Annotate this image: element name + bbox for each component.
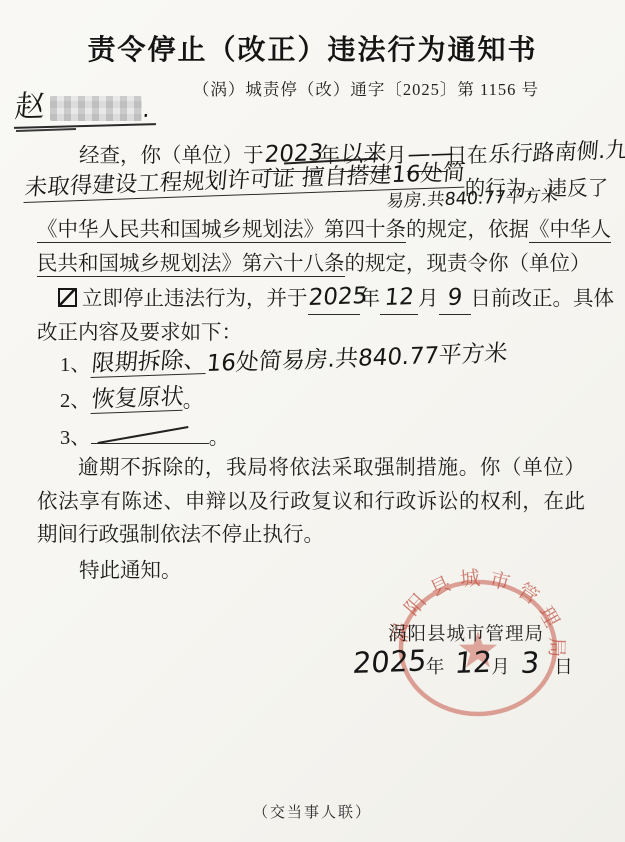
document-number: （涡）城责停（改）通字〔2025〕第 1156 号	[193, 76, 539, 100]
insertion-line: 易房.共840.77平方米	[386, 193, 558, 212]
insertion-handwriting: 易房.共840.77平方米	[386, 187, 559, 211]
addressee-punct: .	[142, 98, 151, 122]
order-printed-2: 日前改正。具体	[471, 288, 615, 310]
document-page: 责令停止（改正）违法行为通知书 （涡）城责停（改）通字〔2025〕第 1156 …	[0, 0, 625, 842]
checked-checkbox-icon	[58, 288, 77, 307]
order-line-2: 改正内容及要求如下：	[37, 318, 242, 348]
item3-period: 。	[209, 427, 230, 449]
intro-line-4: 民共和国城乡规划法》第六十八条的规定，现责令你（单位）	[37, 249, 591, 279]
intro-line-3: 《中华人民共和国城乡规划法》第四十条的规定，依据《中华人	[37, 215, 611, 245]
intro-printed-3: 的规定，依据	[406, 219, 529, 241]
intro-printed-4: 的规定，现责令你（单位）	[345, 253, 591, 275]
addressee-surname: 赵	[13, 91, 46, 124]
item1-handwriting-blank: 限期拆除、	[90, 348, 207, 378]
agency-name: 涡阳县城市管理局	[388, 620, 544, 646]
correct-day-handwriting: 9	[447, 285, 464, 310]
sig-day-handwriting: 3	[519, 647, 540, 678]
sig-year-handwriting: 2025	[351, 645, 427, 678]
law-citation-2a: 《中华人	[529, 219, 611, 243]
correct-year-blank: 2025	[308, 284, 360, 315]
sig-day-label: 日	[554, 658, 573, 678]
intro-printed-1: 经查，你（单位）于	[79, 145, 264, 167]
item2-period: 。	[183, 390, 204, 412]
sig-month-handwriting: 12	[454, 647, 494, 679]
order-printed-1: 立即停止违法行为，并于	[82, 288, 308, 310]
closing-paragraph: 逾期不拆除的，我局将依法采取强制措施。你（单位）依法享有陈述、申辩以及行政复议和…	[37, 452, 585, 553]
list-item-2: 2、恢复原状。	[60, 386, 203, 416]
copy-designation-note: （交当事人联）	[0, 801, 625, 822]
item3-blank	[91, 421, 209, 444]
law-citation-1: 《中华人民共和国城乡规划法》第四十条	[37, 219, 406, 243]
law-citation-2b: 民共和国城乡规划法》第六十八条	[37, 253, 345, 277]
order-line: 立即停止违法行为，并于2025年12月9日前改正。具体	[58, 284, 614, 315]
document-title: 责令停止（改正）违法行为通知书	[0, 28, 625, 68]
item2-number: 2、	[60, 390, 91, 412]
correct-month-blank: 12	[380, 284, 418, 315]
correct-day-blank: 9	[439, 284, 471, 315]
item1-handwriting-rest: 16处简易房.共840.77平方米	[205, 341, 508, 376]
item1-number: 1、	[60, 354, 91, 376]
notice-line: 特此通知。	[79, 556, 182, 586]
correct-year-handwriting: 2025	[307, 284, 368, 310]
notice-text: 特此通知。	[79, 560, 182, 582]
addressee-redaction-blur	[50, 96, 142, 121]
order-requirements-label: 改正内容及要求如下：	[37, 322, 242, 344]
signature-date-line: 2025年12月3日	[352, 648, 573, 679]
slash-mark	[97, 426, 188, 444]
addressee-line: 赵.	[14, 92, 149, 132]
sig-month-label: 月	[491, 658, 510, 678]
item3-number: 3、	[60, 427, 91, 449]
location-handwriting: 乐行路南侧.九龙城东侧	[487, 136, 625, 167]
correct-month-label: 月	[418, 288, 439, 310]
list-item-1: 1、限期拆除、16处简易房.共840.77平方米	[60, 350, 507, 380]
correct-month-handwriting: 12	[384, 285, 415, 310]
item2-handwriting: 恢复原状	[90, 385, 184, 414]
sig-year-label: 年	[426, 658, 445, 678]
list-item-3: 3、。	[60, 421, 229, 453]
